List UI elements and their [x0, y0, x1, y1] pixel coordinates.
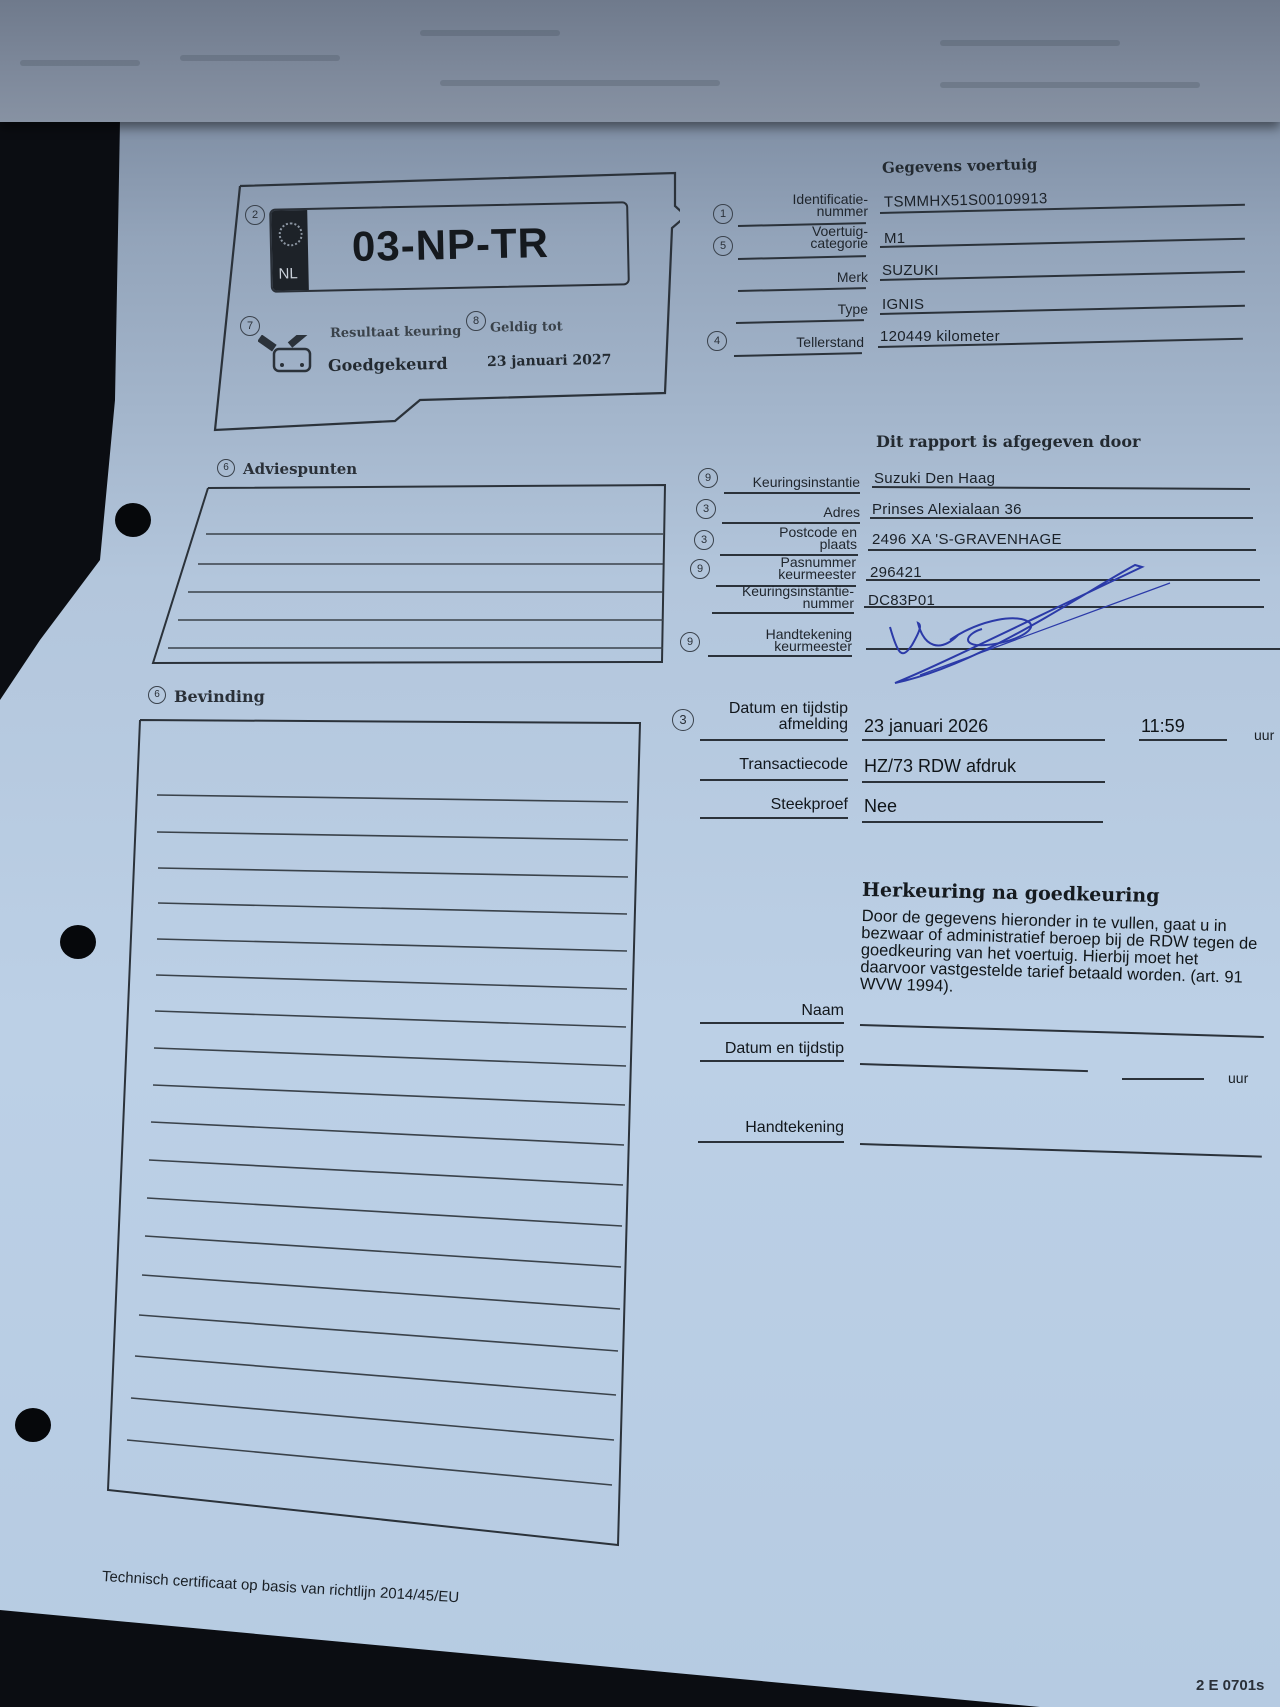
marker-3: 3 [672, 709, 694, 731]
steekproef-value: Nee [864, 796, 897, 817]
marker-8: 8 [466, 311, 486, 331]
field-label: Pasnummerkeurmeester [712, 556, 856, 580]
punch-hole [60, 925, 96, 959]
afmelding-time: 11:59 [1141, 716, 1185, 737]
field-label: Keuringsinstantie-nummer [706, 585, 854, 609]
overlapping-page [0, 0, 1280, 122]
field-label: Identificatie-nummer [740, 193, 868, 217]
field-label: Postcode enplaats [716, 526, 857, 550]
marker-6: 6 [217, 459, 235, 477]
postcode-city-value: 2496 XA 'S-GRAVENHAGE [872, 531, 1062, 548]
marker-3: 3 [694, 530, 714, 550]
marker-9: 9 [698, 468, 718, 488]
field-label: Adres [720, 506, 860, 518]
result-label: Resultaat keuring [330, 324, 461, 341]
naam-label: Naam [700, 1002, 844, 1020]
plate-country: NL [278, 265, 298, 282]
adviespunten-field[interactable] [150, 480, 670, 670]
transactiecode-value: HZ/73 RDW afdruk [864, 756, 1016, 777]
marker-3: 3 [696, 499, 716, 519]
herkeuring-text: Door de gegevens hieronder in te vullen,… [860, 908, 1262, 1004]
time-unit: uur [1228, 1070, 1248, 1086]
plate-number: 03-NP-TR [351, 219, 549, 271]
marker-9: 9 [680, 632, 700, 652]
datum-label: Datum en tijdstip [700, 1040, 844, 1058]
category-value: M1 [884, 230, 905, 247]
afmelding-date: 23 januari 2026 [864, 716, 988, 737]
field-label: Handtekeningkeurmeester [706, 628, 852, 652]
valid-until-label: Geldig tot [490, 319, 563, 335]
odometer-value: 120449 kilometer [880, 328, 1000, 345]
type-value: IGNIS [882, 296, 924, 313]
punch-hole [15, 1408, 51, 1442]
make-value: SUZUKI [882, 262, 939, 279]
form-code: 2 E 0701s [1196, 1677, 1264, 1694]
steekproef-label: Steekproef [698, 796, 848, 814]
marker-7: 7 [240, 316, 260, 336]
marker-5: 5 [713, 236, 733, 256]
marker-1: 1 [713, 204, 733, 224]
inspector-signature [880, 555, 1180, 695]
field-label: Keuringsinstantie [720, 476, 860, 488]
bevinding-heading: Bevinding [174, 687, 265, 706]
field-label: Type [740, 303, 868, 315]
marker-4: 4 [707, 331, 727, 351]
punch-hole [115, 503, 151, 537]
valid-until-value: 23 januari 2027 [487, 352, 612, 370]
adviespunten-heading: Adviespunten [243, 460, 357, 478]
issuer-heading: Dit rapport is afgegeven door [876, 432, 1140, 451]
field-label: Tellerstand [736, 336, 864, 348]
marker-2: 2 [245, 205, 265, 225]
time-unit: uur [1254, 727, 1274, 743]
afmelding-label: Datum en tijdstipafmelding [698, 701, 848, 733]
marker-6: 6 [148, 686, 166, 704]
field-label: Merk [740, 271, 868, 283]
transactiecode-label: Transactiecode [698, 756, 848, 774]
inspection-body-value: Suzuki Den Haag [874, 470, 995, 487]
car-inspection-icon [258, 335, 314, 375]
result-value: Goedgekeurd [328, 354, 448, 375]
tijd-input-line[interactable] [1122, 1078, 1204, 1080]
eu-flag-icon: NL [271, 210, 309, 291]
handtekening-label: Handtekening [698, 1119, 844, 1137]
field-label: Voertuig-categorie [740, 225, 868, 249]
license-plate: NL 03-NP-TR [269, 201, 630, 292]
address-value: Prinses Alexialaan 36 [872, 501, 1022, 518]
bevinding-field[interactable] [100, 710, 650, 1560]
vehicle-heading: Gegevens voertuig [882, 155, 1038, 177]
marker-9: 9 [690, 559, 710, 579]
